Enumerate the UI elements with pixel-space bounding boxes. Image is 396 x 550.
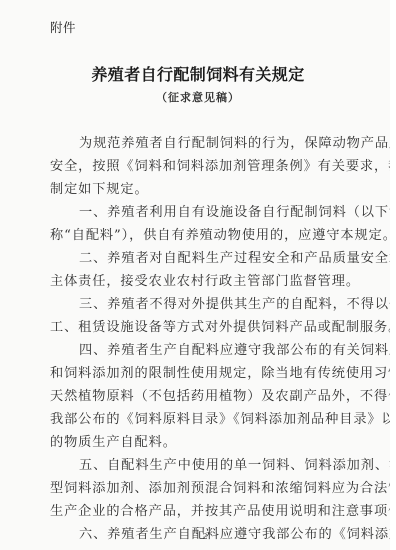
body-line: 和饲料添加剂的限制性使用规定，除当地有传统使用习惯的: [50, 362, 350, 385]
body-line: 三、养殖者不得对外提供其生产的自配料，不得以代加: [50, 293, 350, 316]
body-line: 的物质生产自配料。: [50, 431, 350, 454]
attachment-label: 附件: [50, 18, 76, 36]
body-line: 主体责任，接受农业农村行政主管部门监督管理。: [50, 270, 350, 293]
body-line: 五、自配料生产中使用的单一饲料、饲料添加剂、混合: [50, 454, 350, 477]
body-line: 型饲料添加剂、添加剂预混合饲料和浓缩饲料应为合法饲料: [50, 477, 350, 500]
document-subtitle: （征求意见稿）: [0, 89, 396, 105]
document-page: 附件 养殖者自行配制饲料有关规定 （征求意见稿） 为规范养殖者自行配制饲料的行为…: [0, 0, 390, 550]
body-line: 称“自配料”），供自有养殖动物使用的，应遵守本规定。: [50, 224, 350, 247]
body-line: 为规范养殖者自行配制饲料的行为，保障动物产品质量: [50, 132, 350, 155]
body-line: 二、养殖者对自配料生产过程安全和产品质量安全承担: [50, 247, 350, 270]
page-number: 2: [0, 532, 396, 541]
body-line: 工、租赁设施设备等方式对外提供饲料产品或配制服务。: [50, 316, 350, 339]
body-line: 我部公布的《饲料原料目录》《饲料添加剂品种目录》以外: [50, 408, 350, 431]
document-body: 为规范养殖者自行配制饲料的行为，保障动物产品质量 安全，按照《饲料和饲料添加剂管…: [50, 132, 350, 546]
body-line: 安全，按照《饲料和饲料添加剂管理条例》有关要求，我部: [50, 155, 350, 178]
body-line: 四、养殖者生产自配料应遵守我部公布的有关饲料原料: [50, 339, 350, 362]
document-title: 养殖者自行配制饲料有关规定: [0, 62, 396, 85]
body-line: 生产企业的合格产品，并按其产品使用说明和注意事项使用。: [50, 500, 350, 523]
body-line: 制定如下规定。: [50, 178, 350, 201]
body-line: 天然植物原料（不包括药用植物）及农副产品外，不得使用: [50, 385, 350, 408]
body-line: 一、养殖者利用自有设施设备自行配制饲料（以下简: [50, 201, 350, 224]
page-edge: [390, 0, 396, 550]
